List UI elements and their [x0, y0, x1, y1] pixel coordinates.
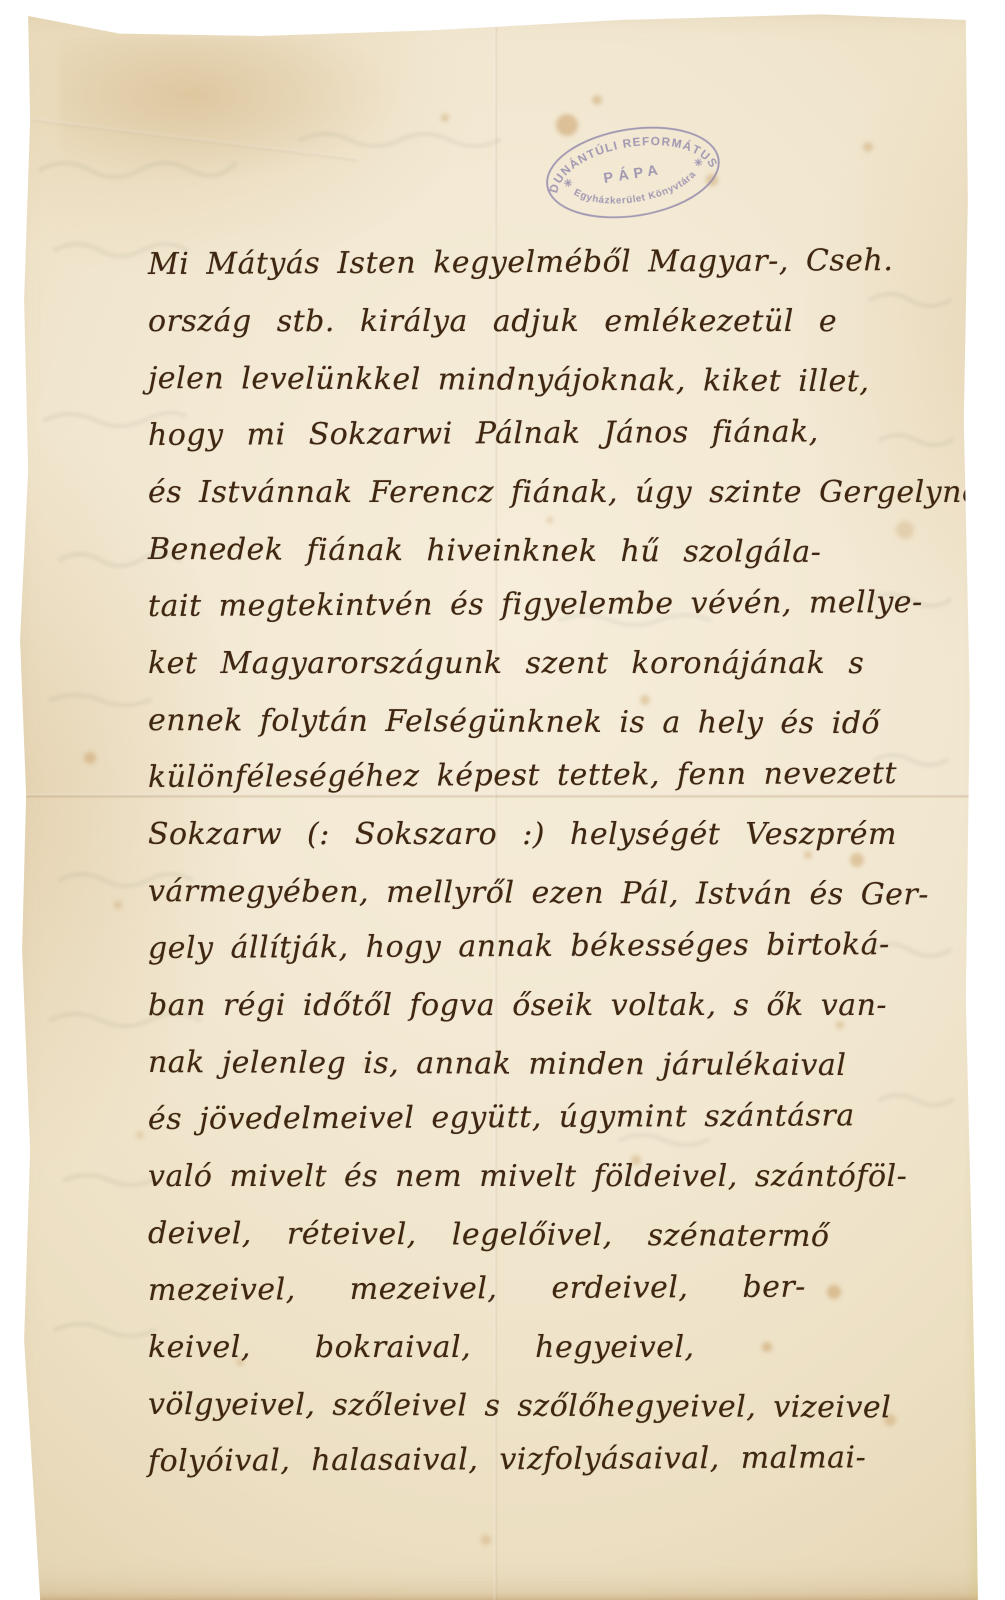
letter-line: és jövedelmeivel együtt, úgymint szántás… — [148, 1087, 948, 1148]
letter-line: mezeivel, mezeivel, erdeivel, ber- — [148, 1258, 948, 1319]
letter-line: hogy mi Sokzarwi Pálnak János fiának, — [148, 403, 948, 464]
letter-line: ban régi időtől fogva őseik voltak, s ők… — [148, 977, 948, 1034]
letter-line: nak jelenleg is, annak minden járulékaiv… — [148, 1034, 948, 1094]
letter-line: különféleségéhez képest tettek, fenn nev… — [148, 745, 948, 806]
letter-line: vármegyében, mellyről ezen Pál, István é… — [148, 863, 948, 923]
letter-line: jelen levelünkkel mindnyájoknak, kiket i… — [148, 350, 948, 410]
letter-line: tait megtekintvén és figyelembe vévén, m… — [148, 574, 948, 635]
letter-line: Benedek fiának hiveinknek hű szolgála- — [148, 521, 948, 581]
letter-line: folyóival, halasaival, vizfolyásaival, m… — [148, 1429, 948, 1490]
letter-line: völgyeivel, szőleivel s szőlőhegyeivel, … — [148, 1376, 948, 1436]
library-stamp: DUNÁNTÚLI REFORMÁTUS ✳ PÁPA ✳ Egyházkerü… — [533, 110, 732, 236]
stamp-star-left-icon: ✳ — [563, 178, 574, 190]
letter-line: ket Magyarországunk szent koronájának s — [148, 635, 948, 692]
letter-line: ennek folytán Felségünknek is a hely és … — [148, 692, 948, 752]
letter-body: Mi Mátyás Isten kegyelméből Magyar-, Cse… — [148, 236, 948, 1490]
letter-line: Sokzarw (: Sokszaro :) helységét Veszpré… — [148, 806, 948, 863]
letter-line: deivel, réteivel, legelőivel, szénatermő — [148, 1205, 948, 1265]
letter-line: való mivelt és nem mivelt földeivel, szá… — [148, 1148, 948, 1205]
letter-line: gely állítják, hogy annak békességes bir… — [148, 916, 948, 977]
manuscript-paper-sheet: DUNÁNTÚLI REFORMÁTUS ✳ PÁPA ✳ Egyházkerü… — [0, 0, 1005, 1600]
paper-deckle-edge — [967, 1150, 987, 1600]
stamp-center-text: PÁPA — [602, 161, 664, 187]
letter-line: keivel, bokraival, hegyeivel, — [148, 1319, 948, 1376]
letter-line: és Istvánnak Ferencz fiának, úgy szinte … — [148, 464, 948, 521]
letter-line: ország stb. királya adjuk emlékezetül e — [148, 293, 948, 350]
letter-line: Mi Mátyás Isten kegyelméből Magyar-, Cse… — [148, 232, 948, 293]
